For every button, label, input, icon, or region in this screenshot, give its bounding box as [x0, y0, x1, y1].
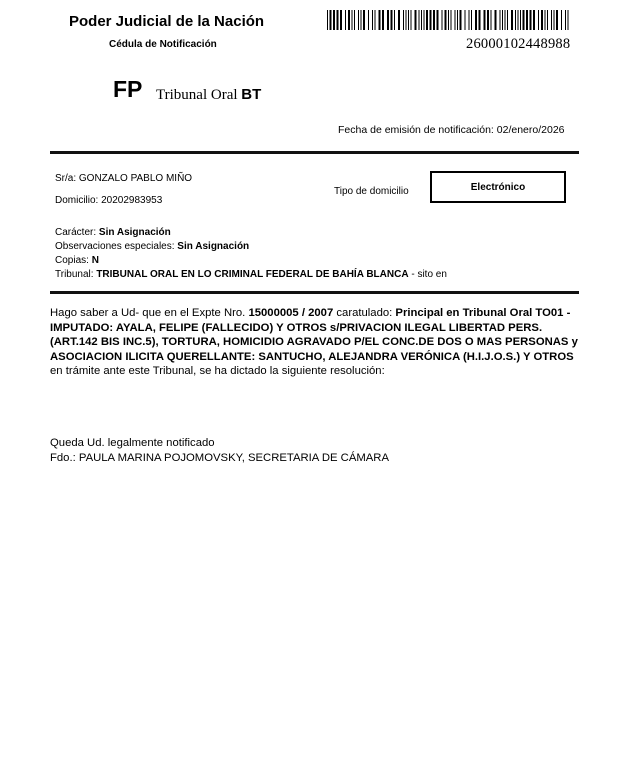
expediente-number: 15000005 / 2007	[248, 307, 333, 319]
field-observaciones: Observaciones especiales: Sin Asignación	[55, 241, 249, 252]
field-copias: Copias: N	[55, 255, 99, 266]
signature: Fdo.: PAULA MARINA POJOMOVSKY, SECRETARI…	[50, 452, 389, 464]
notified-notice: Queda Ud. legalmente notificado	[50, 437, 215, 449]
domicile-type-box: Electrónico	[430, 171, 566, 203]
issue-date: Fecha de emisión de notificación: 02/ene…	[338, 124, 565, 136]
copias-value: N	[92, 255, 99, 266]
field-tribunal: Tribunal: TRIBUNAL ORAL EN LO CRIMINAL F…	[55, 269, 447, 280]
notification-body: Hago saber a Ud- que en el Expte Nro. 15…	[50, 306, 580, 379]
domicile-type-label: Tipo de domicilio	[334, 186, 409, 197]
institution-title: Poder Judicial de la Nación	[69, 13, 264, 30]
recipient: Sr/a: GONZALO PABLO MIÑO	[55, 173, 192, 184]
court-name-text: Tribunal Oral	[156, 87, 238, 103]
bottom-divider	[50, 291, 579, 294]
court-code: FP	[113, 76, 142, 103]
tramite-text: en trámite ante este Tribunal, se ha dic…	[50, 365, 385, 377]
issue-date-value: 02/enero/2026	[497, 124, 565, 136]
address: Domicilio: 20202983953	[55, 195, 162, 206]
observaciones-label: Observaciones especiales:	[55, 241, 175, 252]
caracter-label: Carácter:	[55, 227, 96, 238]
document-type: Cédula de Notificación	[109, 39, 217, 50]
tribunal-value: TRIBUNAL ORAL EN LO CRIMINAL FEDERAL DE …	[96, 269, 408, 280]
field-caracter: Carácter: Sin Asignación	[55, 227, 171, 238]
court-name: Tribunal Oral BT	[156, 86, 261, 104]
court-suffix: BT	[241, 86, 261, 103]
body-intro: Hago saber a Ud- que en el Expte Nro.	[50, 307, 248, 319]
caracter-value: Sin Asignación	[99, 227, 171, 238]
barcode-number: 26000102448988	[466, 36, 570, 53]
recipient-label: Sr/a:	[55, 173, 76, 184]
tribunal-label: Tribunal:	[55, 269, 94, 280]
issue-date-label: Fecha de emisión de notificación:	[338, 124, 494, 136]
barcode-icon	[327, 10, 571, 30]
top-divider	[50, 151, 579, 154]
copias-label: Copias:	[55, 255, 89, 266]
tribunal-suffix: - sito en	[409, 269, 447, 280]
observaciones-value: Sin Asignación	[177, 241, 249, 252]
address-label: Domicilio:	[55, 195, 98, 206]
address-value: 20202983953	[101, 195, 162, 206]
caratulado-label: caratulado:	[333, 307, 395, 319]
recipient-name: GONZALO PABLO MIÑO	[79, 173, 192, 184]
